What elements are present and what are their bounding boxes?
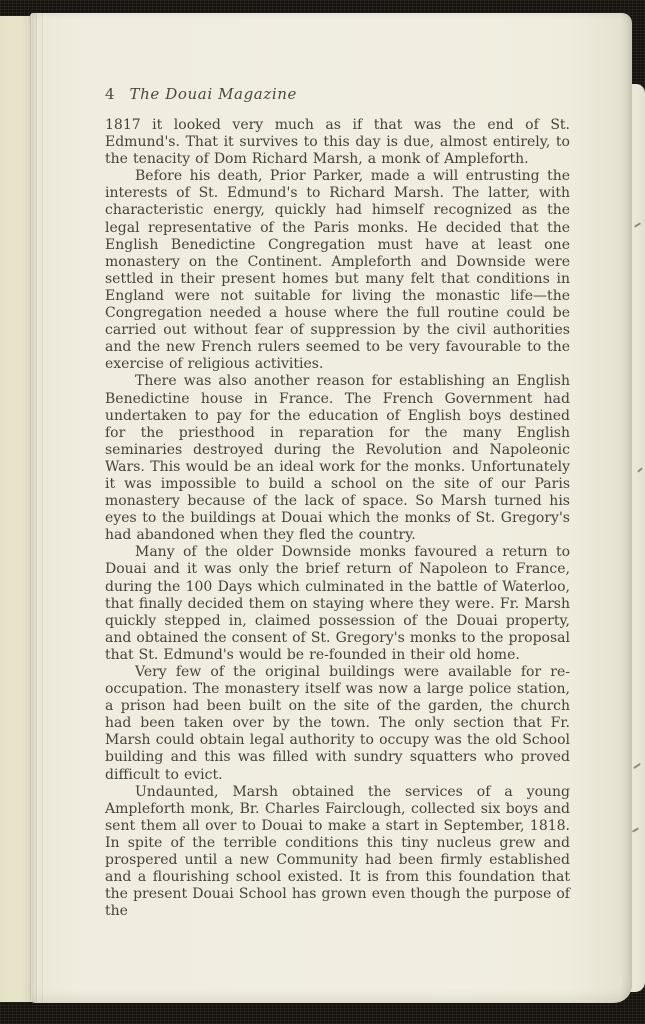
page-header: 4The Douai Magazine: [105, 85, 297, 103]
paragraph-2: Before his death, Prior Parker, made a w…: [105, 168, 570, 373]
book-page: 4The Douai Magazine 1817 it looked very …: [30, 13, 632, 1003]
paragraph-4: Many of the older Downside monks favoure…: [105, 544, 570, 664]
paragraph-5: Very few of the original buildings were …: [105, 664, 570, 784]
paragraph-1: 1817 it looked very much as if that was …: [105, 117, 570, 168]
magazine-title: The Douai Magazine: [130, 85, 297, 103]
paragraph-6: Undaunted, Marsh obtained the services o…: [105, 784, 570, 921]
page-number: 4: [105, 85, 115, 103]
paragraph-3: There was also another reason for establ…: [105, 373, 570, 544]
text-column: 1817 it looked very much as if that was …: [105, 117, 570, 920]
book-photo: 4The Douai Magazine 1817 it looked very …: [0, 0, 645, 1024]
